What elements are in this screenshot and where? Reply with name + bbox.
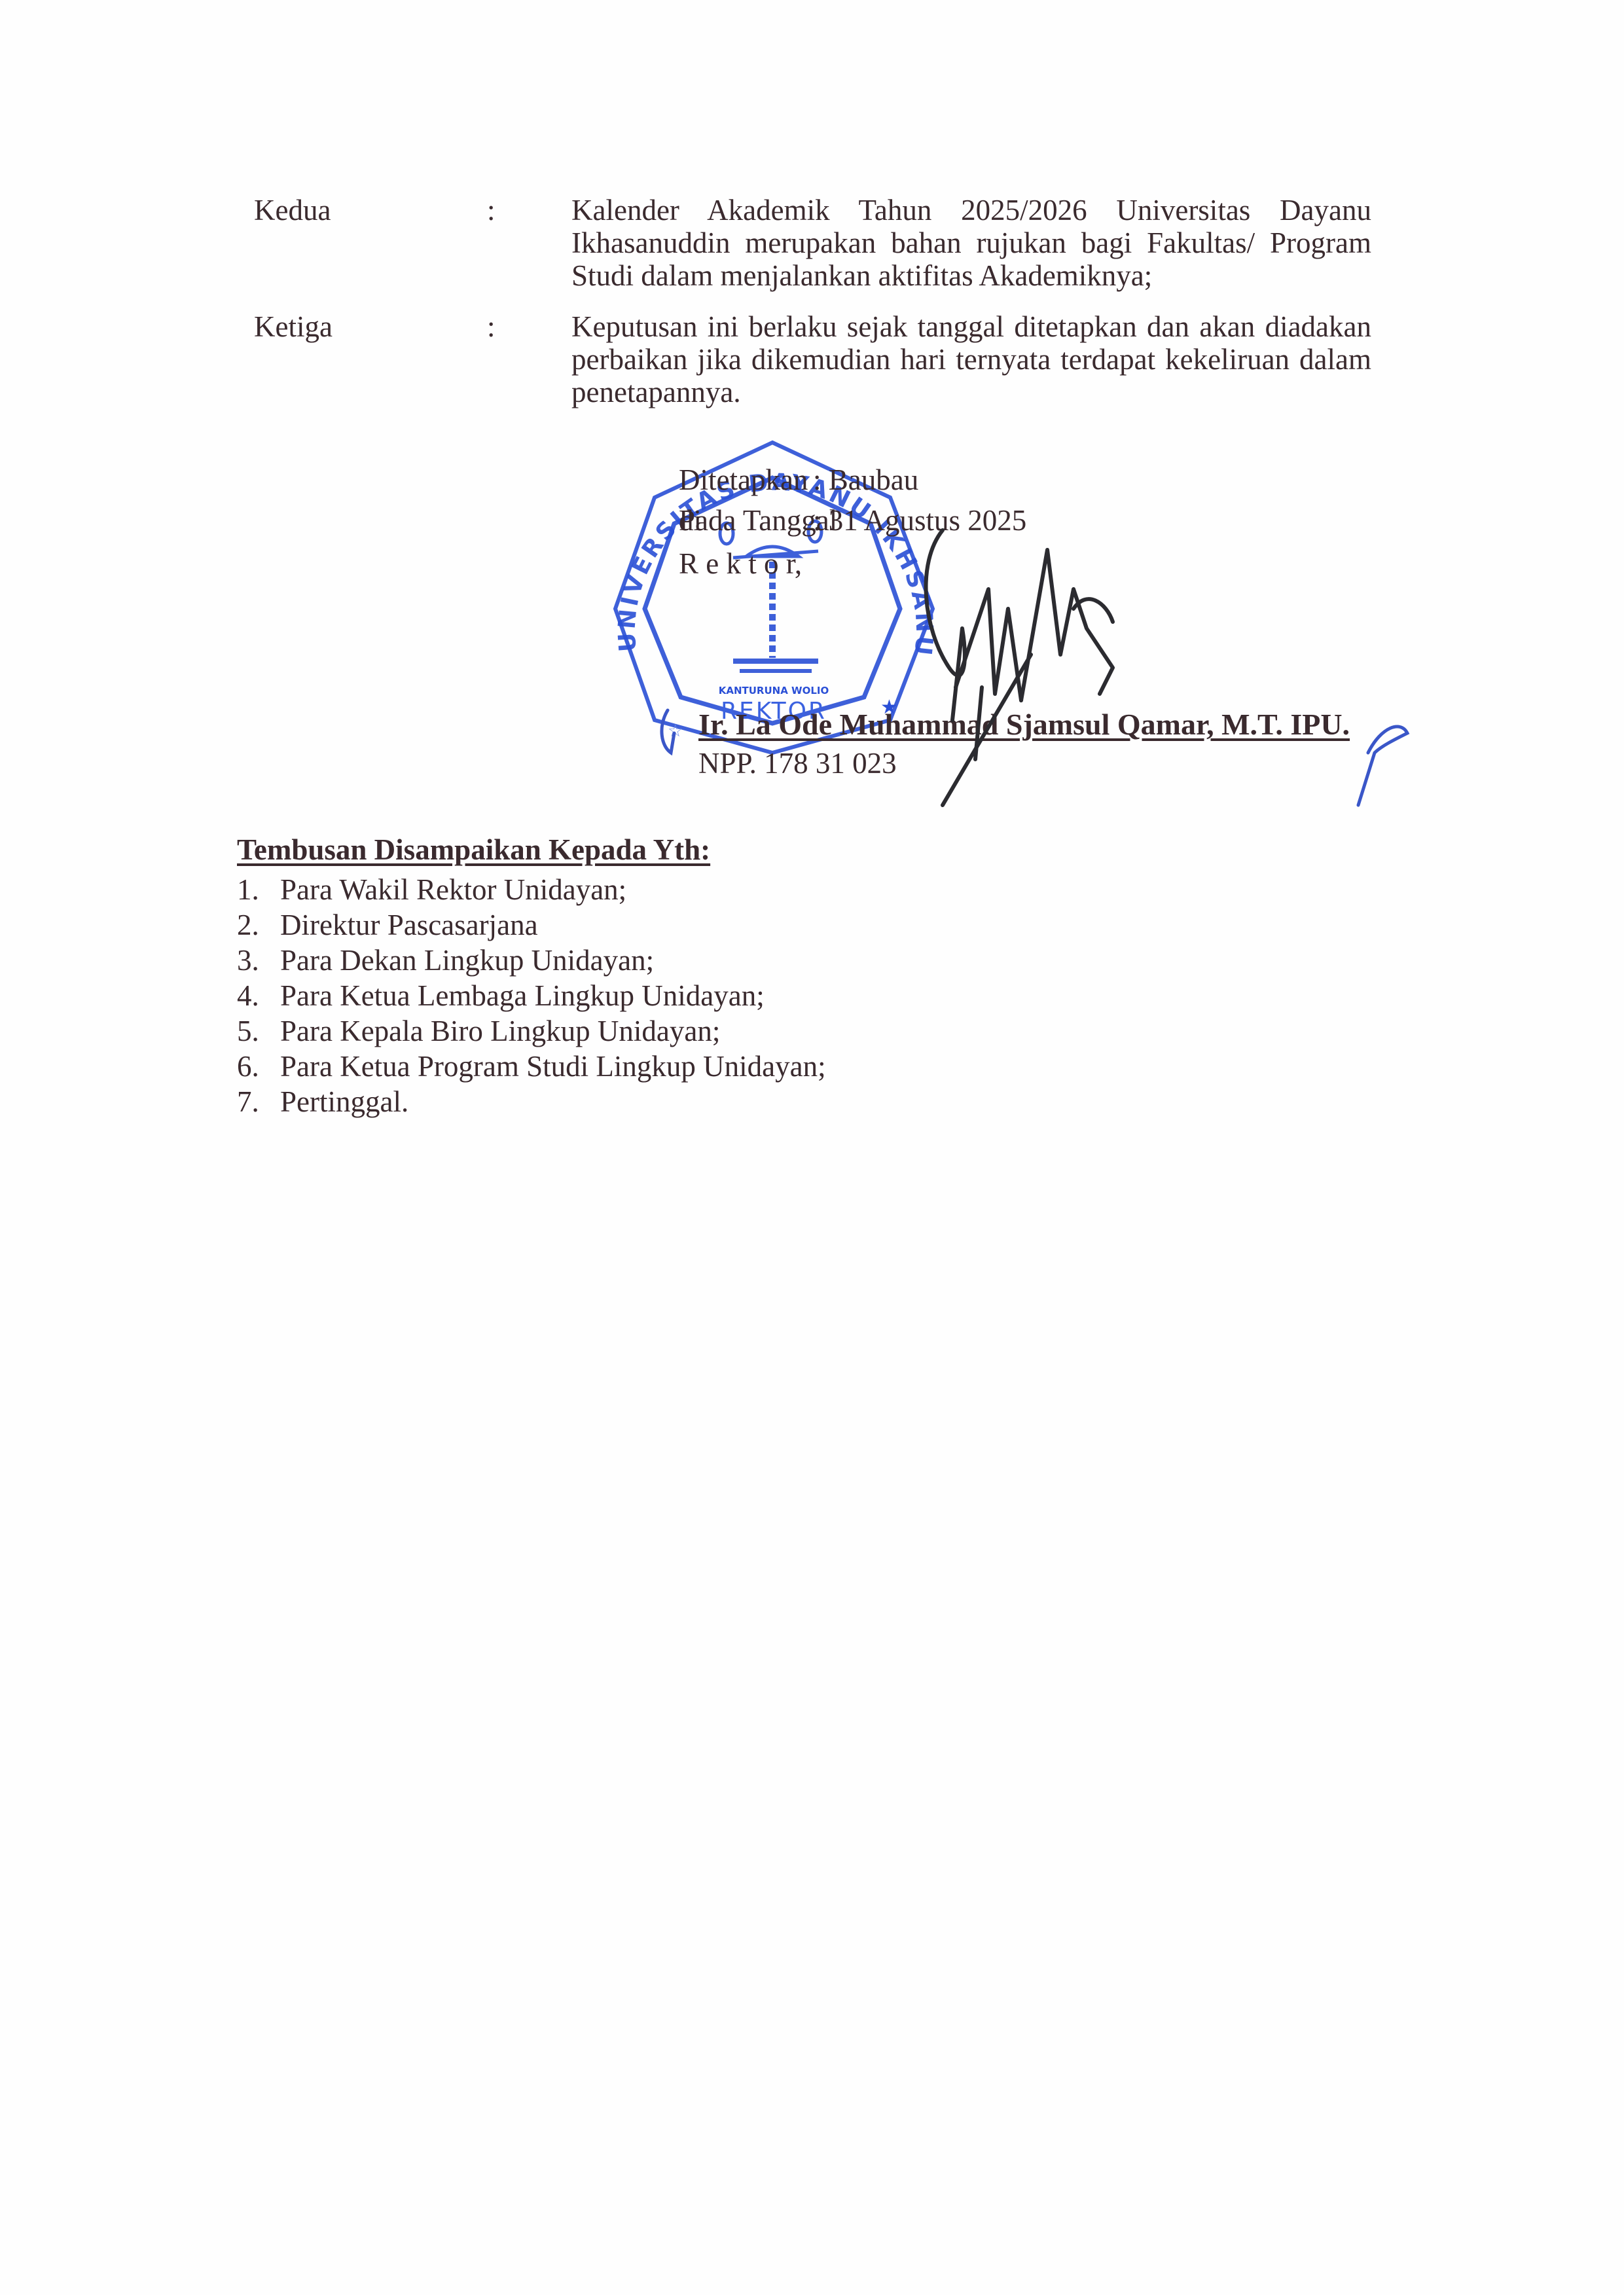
- stamp-motto: KANTURUNA WOLIO: [719, 685, 829, 696]
- list-item: 7.Pertinggal.: [237, 1084, 826, 1119]
- date-value: : 31 Agustus 2025: [813, 500, 1026, 541]
- clause-text: Kalender Akademik Tahun 2025/2026 Univer…: [571, 194, 1371, 292]
- list-item: 6.Para Ketua Program Studi Lingkup Unida…: [237, 1049, 826, 1084]
- signatory-npp: NPP. 178 31 023: [698, 746, 897, 780]
- clause-separator: :: [487, 194, 496, 226]
- paraf-initial: [1358, 727, 1407, 805]
- signatory-name: Ir. La Ode Muhammad Sjamsul Qamar, M.T. …: [698, 707, 1350, 742]
- list-item: 3.Para Dekan Lingkup Unidayan;: [237, 943, 826, 978]
- list-item: 2.Direktur Pascasarjana: [237, 907, 826, 943]
- clause-text: Keputusan ini berlaku sejak tanggal dite…: [571, 310, 1371, 408]
- copies-title: Tembusan Disampaikan Kepada Yth:: [237, 833, 710, 867]
- list-item: 1.Para Wakil Rektor Unidayan;: [237, 872, 826, 907]
- document-page: Kedua : Kalender Akademik Tahun 2025/202…: [0, 0, 1624, 2295]
- list-item: 5.Para Kepala Biro Lingkup Unidayan;: [237, 1013, 826, 1049]
- signatory-role: R e k t o r,: [679, 543, 802, 584]
- copies-list: 1.Para Wakil Rektor Unidayan; 2.Direktur…: [237, 872, 826, 1119]
- clause-label: Kedua: [254, 194, 331, 226]
- star-icon: ☆: [668, 721, 683, 741]
- clause-separator: :: [487, 310, 496, 343]
- list-item: 4.Para Ketua Lembaga Lingkup Unidayan;: [237, 978, 826, 1013]
- paraf-initial-left: [662, 710, 674, 753]
- clause-label: Ketiga: [254, 310, 333, 343]
- place-value: : Baubau: [813, 460, 918, 500]
